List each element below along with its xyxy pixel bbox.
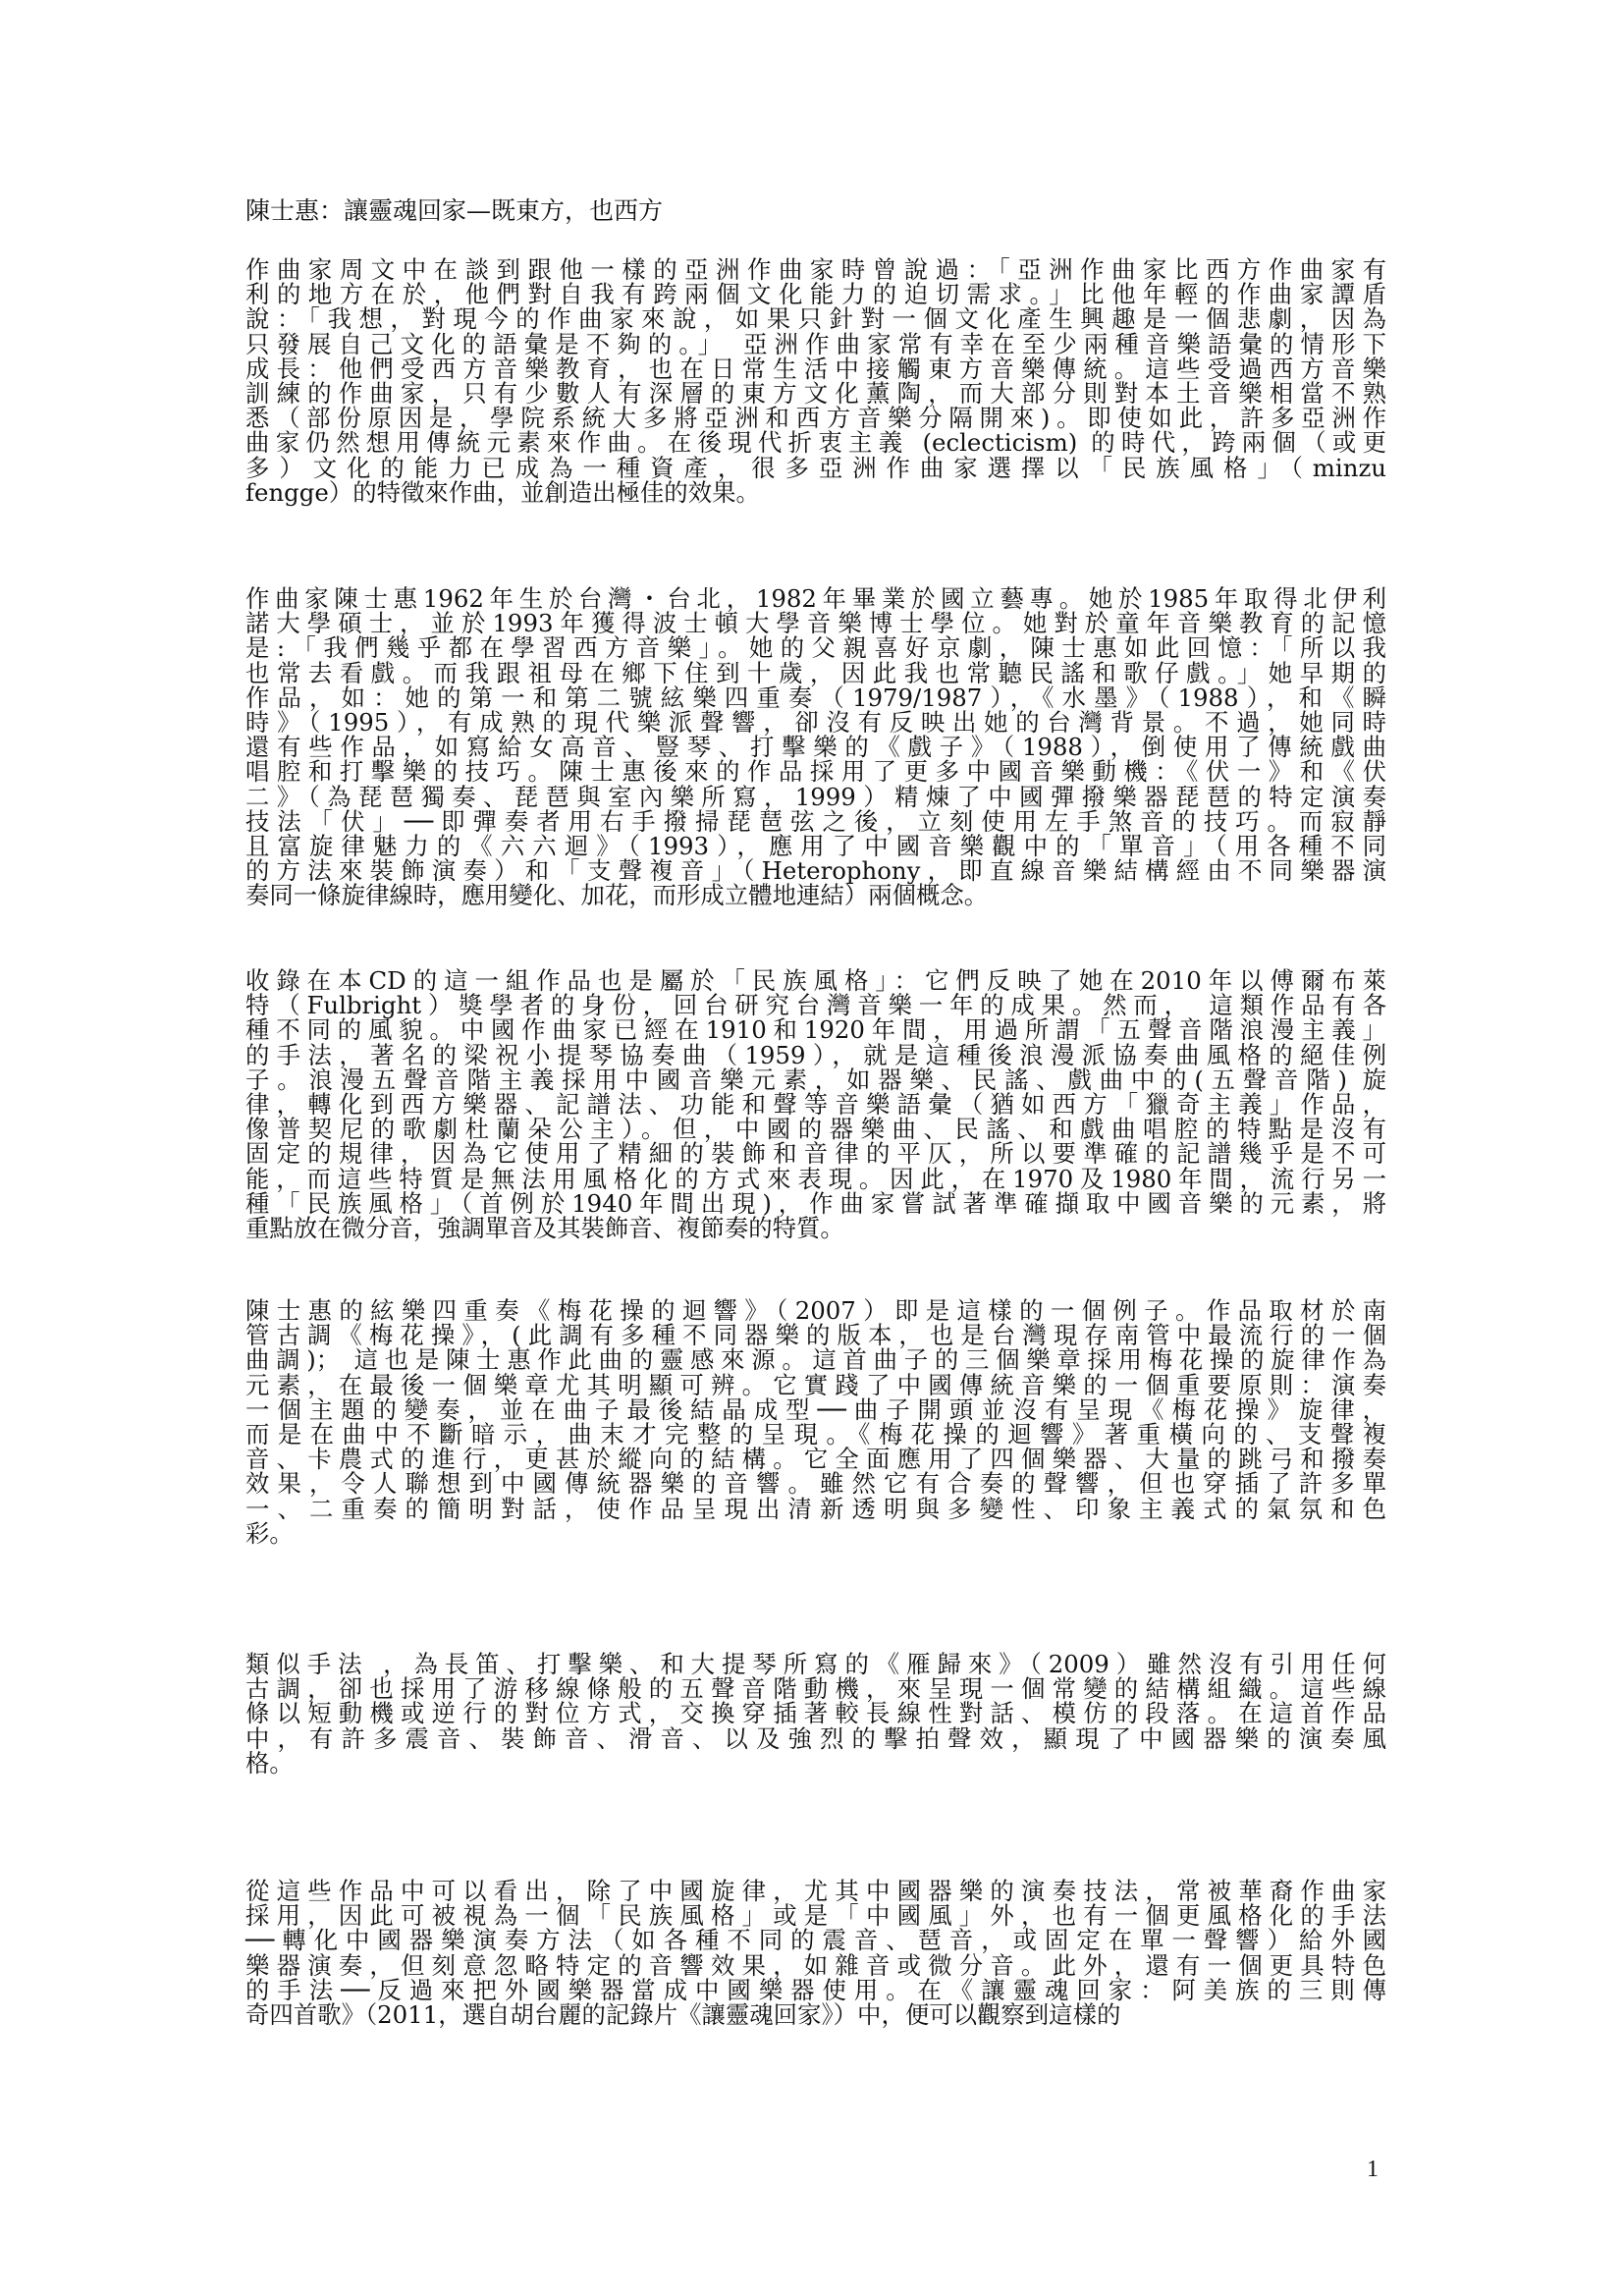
text-line: 音、卡農式的進行，更甚於縱向的結構。它全面應用了四個樂器、大量的跳弓和撥奏 bbox=[245, 1447, 1386, 1471]
text-line: fengge）的特徵來作曲，並創造出極佳的效果。 bbox=[245, 480, 1386, 505]
text-line: 律，轉化到西方樂器、記譜法、功能和聲等音樂語彙（猶如西方「獵奇主義」作品， bbox=[245, 1092, 1386, 1117]
text-line: 訓練的作曲家，只有少數人有深層的東方文化薰陶，而大部分則對本土音樂相當不熟 bbox=[245, 381, 1386, 406]
text-line: 還有些作品，如寫給女高音、豎琴、打擊樂的《戲子》（1988），倒使用了傳統戲曲 bbox=[245, 735, 1386, 759]
text-line: 曲調)； 這也是陳士惠作此曲的靈感來源。這首曲子的三個樂章採用梅花操的旋律作為 bbox=[245, 1347, 1386, 1372]
text-line: 奏同一條旋律線時，應用變化、加花，而形成立體地連結）兩個概念。 bbox=[245, 883, 1386, 907]
text-line: 中，有許多震音、裝飾音、滑音、以及強烈的擊拍聲效，顯現了中國器樂的演奏風 bbox=[245, 1726, 1386, 1751]
text-line: 子。浪漫五聲音階主義採用中國音樂元素，如器樂、民謠、戲曲中的(五聲音階) 旋 bbox=[245, 1067, 1386, 1092]
text-line: 只發展自己文化的語彙是不夠的。」 亞洲作曲家常有幸在至少兩種音樂語彙的情形下 bbox=[245, 332, 1386, 356]
paragraph-5: 類似手法 ，為長笛、打擊樂、和大提琴所寫的《雁歸來》（2009）雖然沒有引用任何… bbox=[245, 1652, 1386, 1776]
text-line: 種不同的風貌。中國作曲家已經在1910和1920年間，用過所謂「五聲音階浪漫主義… bbox=[245, 1017, 1386, 1042]
text-line: 是:「我們幾乎都在學習西方音樂」。她的父親喜好京劇，陳士惠如此回憶：「所以我 bbox=[245, 635, 1386, 660]
paragraph-2: 作曲家陳士惠1962年生於台灣・台北，1982年畢業於國立藝專。她於1985年取… bbox=[245, 586, 1386, 907]
text-line: 像普契尼的歌劇杜蘭朵公主）。但，中國的器樂曲、民謠、和戲曲唱腔的特點是沒有 bbox=[245, 1117, 1386, 1141]
text-line: 多）文化的能力已成為一種資產，很多亞洲作曲家選擇以「民族風格」（minzu bbox=[245, 456, 1386, 480]
text-line: 條以短動機或逆行的對位方式，交換穿插著較長線性對話、模仿的段落。在這首作品 bbox=[245, 1701, 1386, 1725]
text-line: 格。 bbox=[245, 1751, 1386, 1776]
text-line: 一、二重奏的簡明對話，使作品呈現出清新透明與多變性、印象主義式的氣氛和色 bbox=[245, 1497, 1386, 1521]
text-line: 效果，令人聯想到中國傳統器樂的音響。雖然它有合奏的聲響，但也穿插了許多單 bbox=[245, 1471, 1386, 1496]
text-line: 唱腔和打擊樂的技巧。陳士惠後來的作品採用了更多中國音樂動機：《伏一》和《伏 bbox=[245, 759, 1386, 784]
text-line: 時》（1995），有成熟的現代樂派聲響，卻沒有反映出她的台灣背景。不過，她同時 bbox=[245, 710, 1386, 735]
text-line: 樂器演奏，但刻意忽略特定的音響效果，如雜音或微分音。此外，還有一個更具特色 bbox=[245, 1953, 1386, 1978]
text-line: ──轉化中國器樂演奏方法（如各種不同的震音、琶音，或固定在單一聲響）給外國 bbox=[245, 1928, 1386, 1952]
text-line: 也常去看戲。而我跟祖母在鄉下住到十歲，因此我也常聽民謠和歌仔戲。」她早期的 bbox=[245, 661, 1386, 685]
text-line: 陳士惠的絃樂四重奏《梅花操的迴響》（2007）即是這樣的一個例子。作品取材於南 bbox=[245, 1298, 1386, 1323]
text-line: 曲家仍然想用傳統元素來作曲。在後現代折衷主義 (eclecticism) 的時代… bbox=[245, 430, 1386, 455]
text-line: 作曲家周文中在談到跟他一樣的亞洲作曲家時曾說過：「亞洲作曲家比西方作曲家有 bbox=[245, 257, 1386, 282]
text-line: 從這些作品中可以看出，除了中國旋律，尤其中國器樂的演奏技法，常被華裔作曲家 bbox=[245, 1879, 1386, 1903]
paragraph-6: 從這些作品中可以看出，除了中國旋律，尤其中國器樂的演奏技法，常被華裔作曲家採用，… bbox=[245, 1879, 1386, 2027]
text-line: 重點放在微分音，強調單音及其裝飾音、複節奏的特質。 bbox=[245, 1216, 1386, 1240]
text-line: 固定的規律，因為它使用了精細的裝飾和音律的平仄，所以要準確的記譜幾乎是不可 bbox=[245, 1141, 1386, 1166]
text-line: 的手法，著名的梁祝小提琴協奏曲（1959），就是這種後浪漫派協奏曲風格的絕佳例 bbox=[245, 1043, 1386, 1067]
text-line: 悉（部份原因是，學院系統大多將亞洲和西方音樂分隔開來)。即使如此，許多亞洲作 bbox=[245, 406, 1386, 430]
text-line: 作曲家陳士惠1962年生於台灣・台北，1982年畢業於國立藝專。她於1985年取… bbox=[245, 586, 1386, 611]
text-line: 利的地方在於，他們對自我有跨兩個文化能力的迫切需求。」比他年輕的作曲家譚盾 bbox=[245, 282, 1386, 306]
text-line: 技法「伏」──即彈奏者用右手撥掃琵琶弦之後，立刻使用左手煞音的技巧。而寂靜 bbox=[245, 809, 1386, 834]
text-line: 能，而這些特質是無法用風格化的方式來表現。因此，在1970及1980年間，流行另… bbox=[245, 1167, 1386, 1191]
document-title: 陳士惠：讓靈魂回家—既東方，也西方 bbox=[245, 196, 663, 226]
text-line: 而是在曲中不斷暗示，曲末才完整的呈現。《梅花操的迴響》著重橫向的、支聲複 bbox=[245, 1422, 1386, 1447]
text-line: 且富旋律魅力的《六六迴》（1993），應用了中國音樂觀中的「單音」（用各種不同 bbox=[245, 834, 1386, 858]
text-line: 元素，在最後一個樂章尤其明顯可辨。它實踐了中國傳統音樂的一個重要原則：演奏 bbox=[245, 1373, 1386, 1397]
text-line: 二》（為琵琶獨奏、琵琶與室內樂所寫，1999）精煉了中國彈撥樂器琵琶的特定演奏 bbox=[245, 785, 1386, 809]
text-line: 管古調《梅花操》，(此調有多種不同器樂的版本，也是台灣現存南管中最流行的一個 bbox=[245, 1323, 1386, 1347]
paragraph-1: 作曲家周文中在談到跟他一樣的亞洲作曲家時曾說過：「亞洲作曲家比西方作曲家有利的地… bbox=[245, 257, 1386, 505]
text-line: 種「民族風格」（首例於1940年間出現)，作曲家嘗試著準確擷取中國音樂的元素，將 bbox=[245, 1191, 1386, 1216]
text-line: 作品，如：她的第一和第二號絃樂四重奏（1979/1987），《水墨》（1988）… bbox=[245, 685, 1386, 710]
text-line: 成長：他們受西方音樂教育，也在日常生活中接觸東方音樂傳統。這些受過西方音樂 bbox=[245, 356, 1386, 381]
text-line: 類似手法 ，為長笛、打擊樂、和大提琴所寫的《雁歸來》（2009）雖然沒有引用任何 bbox=[245, 1652, 1386, 1676]
text-line: 採用，因此可被視為一個「民族風格」或是「中國風」外，也有一個更風格化的手法 bbox=[245, 1903, 1386, 1928]
text-line: 的方法來裝飾演奏）和「支聲複音」（Heterophony，即直線音樂結構經由不同… bbox=[245, 858, 1386, 883]
text-line: 特（Fulbright）獎學者的身份，回台研究台灣音樂一年的成果。然而， 這類作… bbox=[245, 993, 1386, 1017]
text-line: 說：「我想，對現今的作曲家來說，如果只針對一個文化產生興趣是一個悲劇，因為 bbox=[245, 306, 1386, 331]
text-line: 彩。 bbox=[245, 1521, 1386, 1546]
paragraph-4: 陳士惠的絃樂四重奏《梅花操的迴響》（2007）即是這樣的一個例子。作品取材於南管… bbox=[245, 1298, 1386, 1546]
text-line: 古調，卻也採用了游移線條般的五聲音階動機，來呈現一個常變的結構組織。這些線 bbox=[245, 1676, 1386, 1701]
document-page: 陳士惠：讓靈魂回家—既東方，也西方 作曲家周文中在談到跟他一樣的亞洲作曲家時曾說… bbox=[0, 0, 1623, 2296]
page-number: 1 bbox=[1367, 2157, 1379, 2183]
text-line: 收錄在本CD的這一組作品也是屬於「民族風格」：它們反映了她在2010年以傅爾布萊 bbox=[245, 968, 1386, 993]
text-line: 的手法──反過來把外國樂器當成中國樂器使用。在《讓靈魂回家：阿美族的三則傳 bbox=[245, 1978, 1386, 2002]
text-line: 奇四首歌》（2011，選自胡台麗的記錄片《讓靈魂回家》）中，便可以觀察到這樣的 bbox=[245, 2002, 1386, 2027]
paragraph-3: 收錄在本CD的這一組作品也是屬於「民族風格」：它們反映了她在2010年以傅爾布萊… bbox=[245, 968, 1386, 1240]
text-line: 一個主題的變奏，並在曲子最後結晶成型──曲子開頭並沒有呈現《梅花操》旋律， bbox=[245, 1397, 1386, 1422]
text-line: 諾大學碩士，並於1993年獲得波士頓大學音樂博士學位。她對於童年音樂教育的記憶 bbox=[245, 611, 1386, 635]
